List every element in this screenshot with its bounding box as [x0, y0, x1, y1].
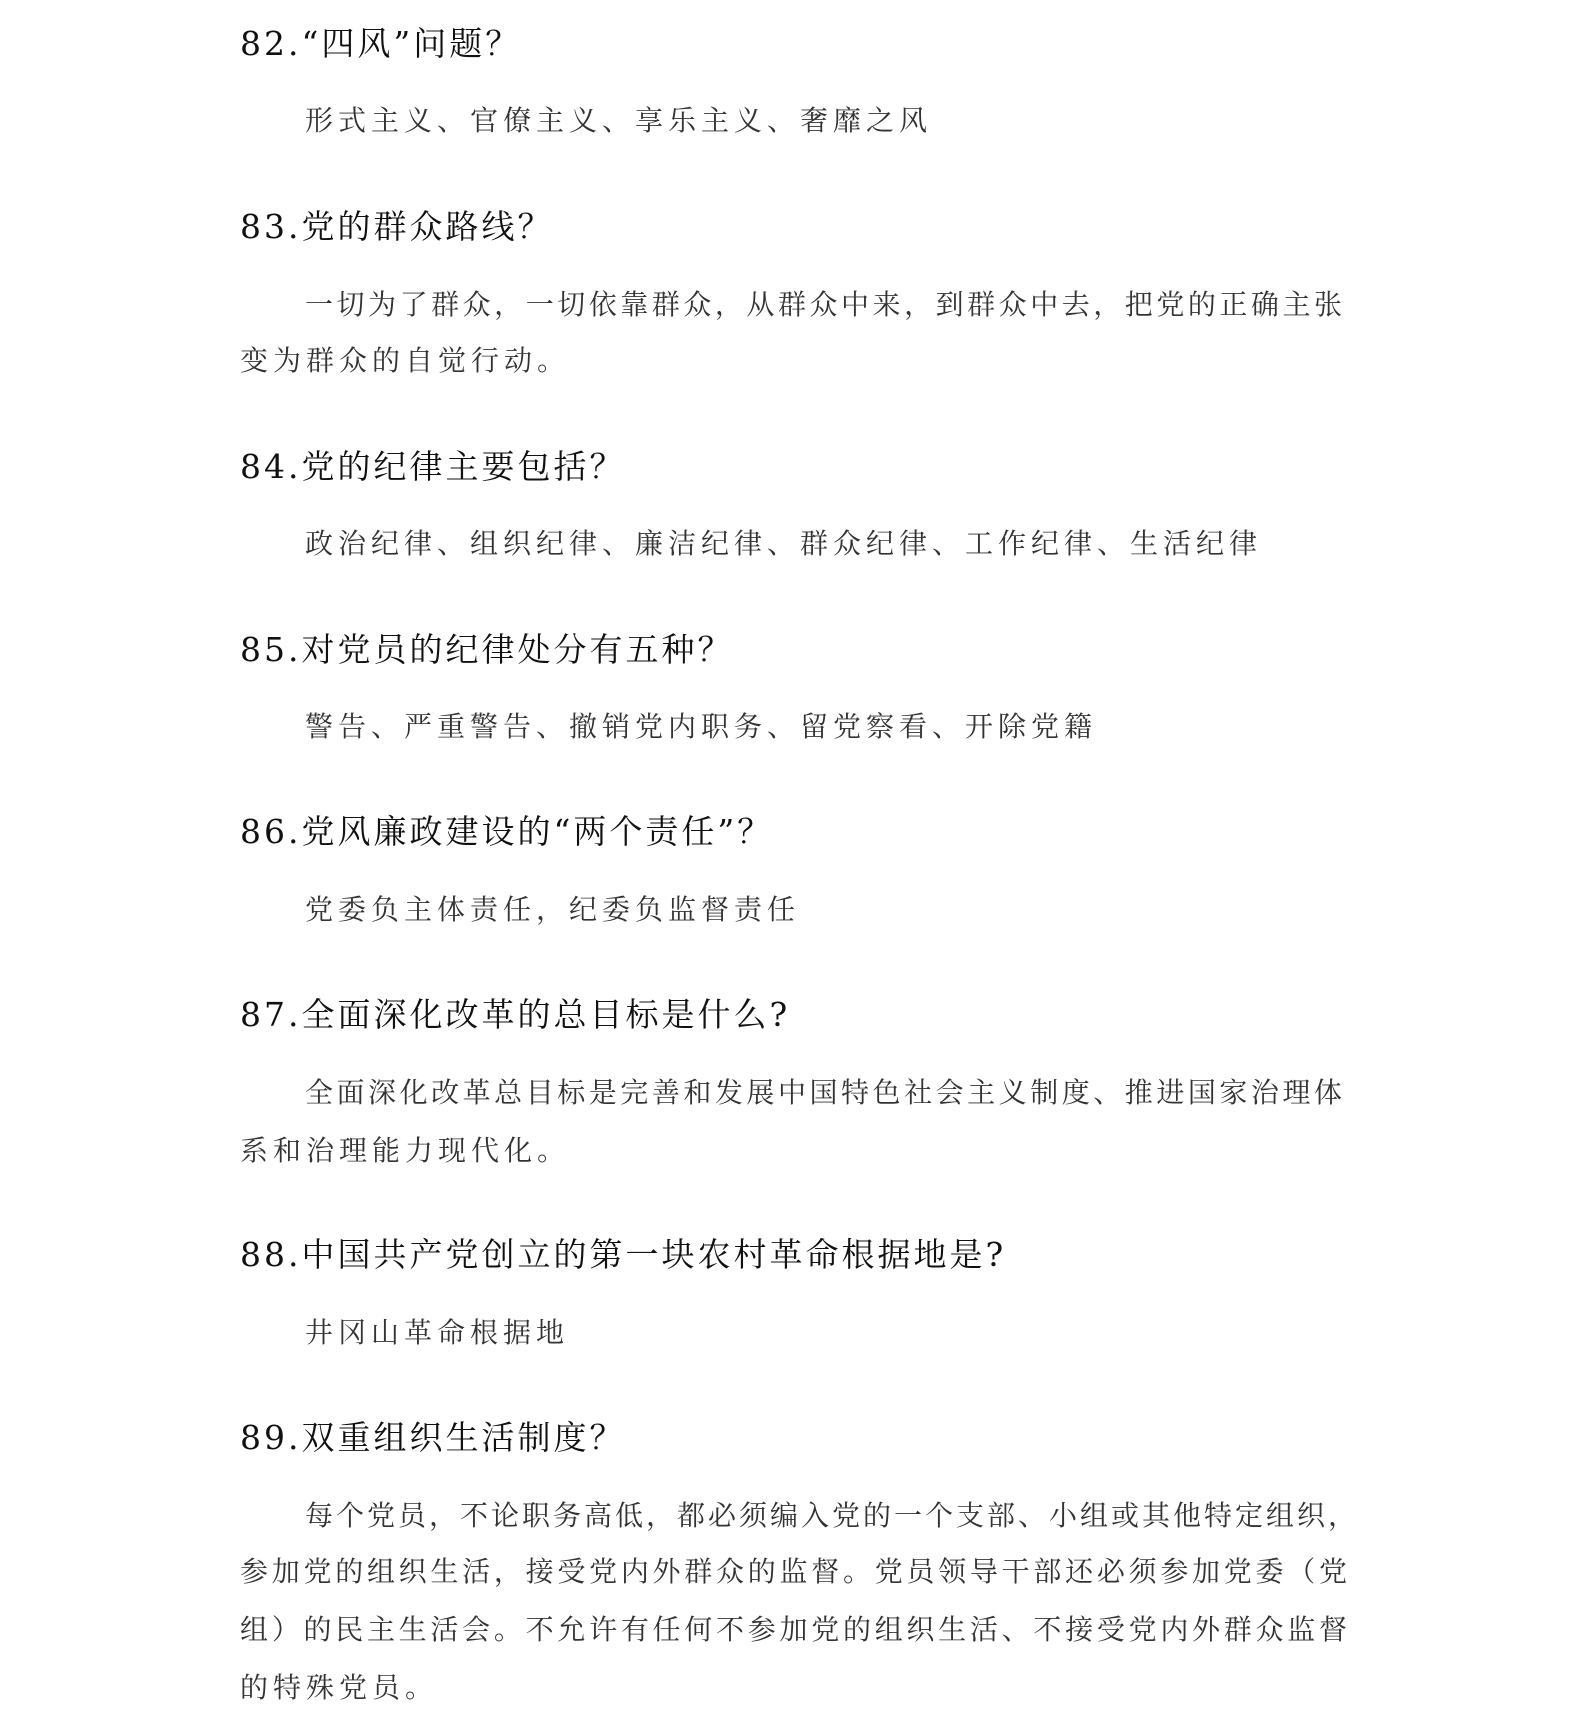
question-85-heading: 85.对党员的纪律处分有五种？ [240, 630, 733, 670]
answer-87-line-1: 全面深化改革总目标是完善和发展中国特色社会主义制度、推进国家治理体 [305, 1075, 1345, 1111]
answer-89-line-3: 组）的民主生活会。不允许有任何不参加党的组织生活、不接受党内外群众监督 [240, 1612, 1350, 1648]
answer-87-line-2: 系和治理能力现代化。 [240, 1133, 570, 1169]
answer-89-line-2: 参加党的组织生活，接受党内外群众的监督。党员领导干部还必须参加党委（党 [240, 1554, 1350, 1590]
question-86-heading: 86.党风廉政建设的“两个责任”？ [240, 812, 773, 852]
answer-82-line-1: 形式主义、官僚主义、享乐主义、奢靡之风 [305, 103, 932, 139]
question-84-heading: 84.党的纪律主要包括？ [240, 447, 625, 487]
answer-84-line-1: 政治纪律、组织纪律、廉洁纪律、群众纪律、工作纪律、生活纪律 [305, 526, 1262, 562]
question-83-heading: 83.党的群众路线？ [240, 207, 553, 247]
question-88-heading: 88.中国共产党创立的第一块农村革命根据地是? [240, 1235, 1006, 1275]
answer-83-line-1: 一切为了群众，一切依靠群众，从群众中来，到群众中去，把党的正确主张 [305, 287, 1345, 323]
answer-86-line-1: 党委负主体责任，纪委负监督责任 [305, 892, 800, 928]
answer-85-line-1: 警告、严重警告、撤销党内职务、留党察看、开除党籍 [305, 709, 1097, 745]
answer-83-line-2: 变为群众的自觉行动。 [240, 343, 570, 379]
answer-88-line-1: 井冈山革命根据地 [305, 1315, 569, 1351]
question-82-heading: 82.“四风”问题？ [240, 24, 521, 64]
question-87-heading: 87.全面深化改革的总目标是什么? [240, 995, 790, 1035]
answer-89-line-4: 的特殊党员。 [240, 1670, 438, 1706]
question-89-heading: 89.双重组织生活制度？ [240, 1418, 625, 1458]
answer-89-line-1: 每个党员，不论职务高低，都必须编入党的一个支部、小组或其他特定组织， [305, 1498, 1345, 1534]
